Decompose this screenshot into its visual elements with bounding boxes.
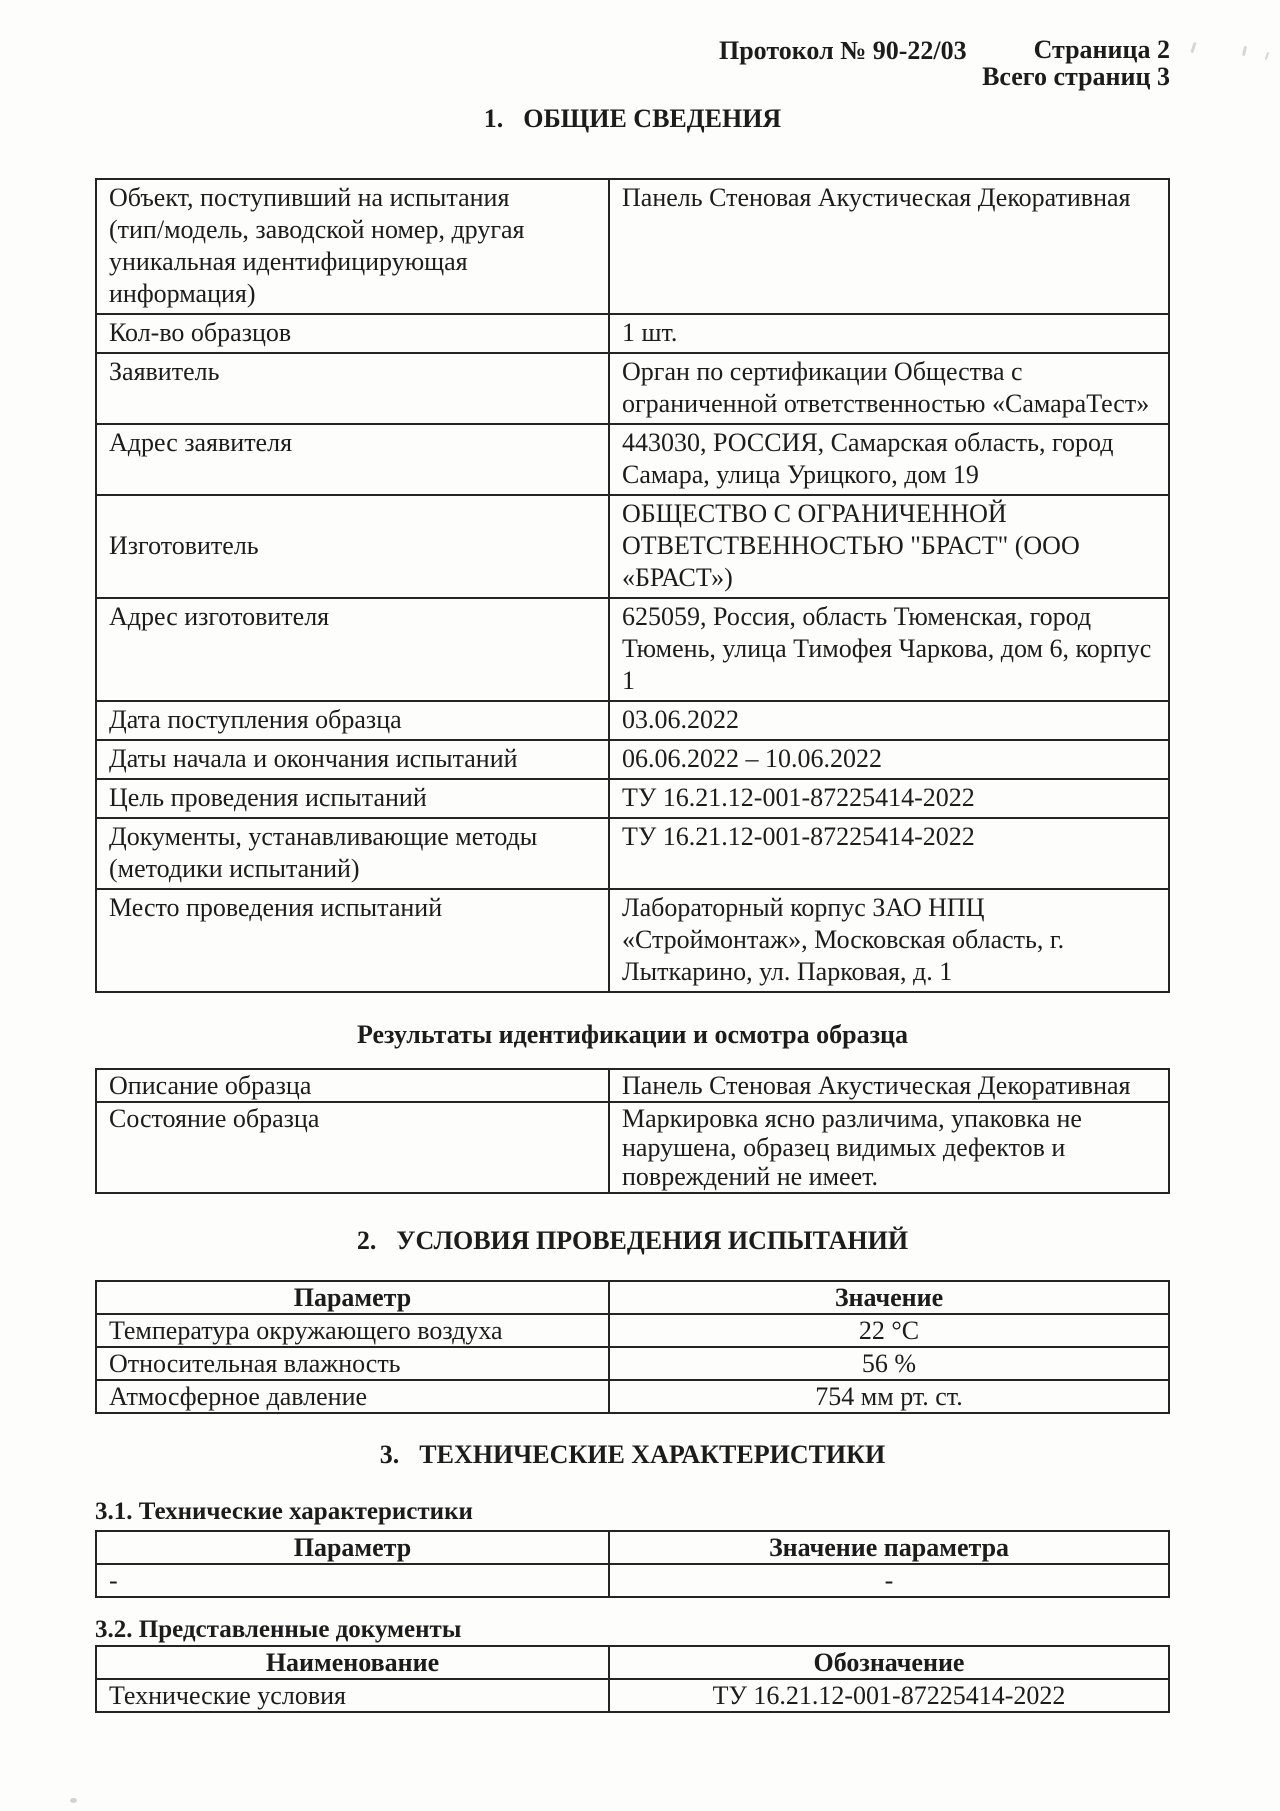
identification-table: Описание образца Панель Стеновая Акустич… [95, 1068, 1170, 1194]
row-value: ТУ 16.21.12-001-87225414-2022 [609, 818, 1169, 889]
column-header-value: Значение [609, 1281, 1169, 1314]
table-header-row: Параметр Значение [96, 1281, 1169, 1314]
column-header-designation: Обозначение [609, 1646, 1169, 1679]
row-label: Состояние образца [96, 1102, 609, 1193]
document-designation-cell: ТУ 16.21.12-001-87225414-2022 [609, 1679, 1169, 1712]
table-row: Относительная влажность 56 % [96, 1347, 1169, 1380]
row-value: Маркировка ясно различима, упаковка не н… [609, 1102, 1169, 1193]
section-1-title: 1.ОБЩИЕ СВЕДЕНИЯ [95, 104, 1170, 134]
scan-artifact [1190, 42, 1196, 53]
total-pages: Всего страниц 3 [930, 63, 1170, 90]
row-value: ТУ 16.21.12-001-87225414-2022 [609, 779, 1169, 818]
table-row: Атмосферное давление 754 мм рт. ст. [96, 1380, 1169, 1413]
parameter-cell: Атмосферное давление [96, 1380, 609, 1413]
row-label: Адрес изготовителя [96, 598, 609, 701]
section-2-title-text: УСЛОВИЯ ПРОВЕДЕНИЯ ИСПЫТАНИЙ [396, 1226, 908, 1255]
general-info-table: Объект, поступивший на испытания (тип/мо… [95, 178, 1170, 993]
table-row: Технические условия ТУ 16.21.12-001-8722… [96, 1679, 1169, 1712]
row-label: Цель проведения испытаний [96, 779, 609, 818]
scan-artifact [1265, 52, 1270, 60]
column-header-parameter: Параметр [96, 1281, 609, 1314]
table-row: Кол-во образцов 1 шт. [96, 314, 1169, 353]
row-value: Панель Стеновая Акустическая Декоративна… [609, 1069, 1169, 1102]
subsection-3-2-title: 3.2. Представленные документы [95, 1616, 461, 1644]
section-3-title-text: ТЕХНИЧЕСКИЕ ХАРАКТЕРИСТИКИ [419, 1440, 885, 1469]
table-row: Заявитель Орган по сертификации Общества… [96, 353, 1169, 424]
table-row: Адрес изготовителя 625059, Россия, облас… [96, 598, 1169, 701]
table-row: Изготовитель ОБЩЕСТВО С ОГРАНИЧЕННОЙ ОТВ… [96, 495, 1169, 598]
column-header-parameter-value: Значение параметра [609, 1531, 1169, 1564]
row-value: 1 шт. [609, 314, 1169, 353]
parameter-cell: Температура окружающего воздуха [96, 1314, 609, 1347]
row-label: Описание образца [96, 1069, 609, 1102]
row-label: Документы, устанавливающие методы (метод… [96, 818, 609, 889]
row-label: Кол-во образцов [96, 314, 609, 353]
table-row: Документы, устанавливающие методы (метод… [96, 818, 1169, 889]
section-2-title: 2.УСЛОВИЯ ПРОВЕДЕНИЯ ИСПЫТАНИЙ [95, 1226, 1170, 1256]
row-label: Объект, поступивший на испытания (тип/мо… [96, 179, 609, 314]
value-cell: - [609, 1564, 1169, 1597]
row-value: 443030, РОССИЯ, Самарская область, город… [609, 424, 1169, 495]
value-cell: 22 °С [609, 1314, 1169, 1347]
column-header-parameter: Параметр [96, 1531, 609, 1564]
row-value: Орган по сертификации Общества с огранич… [609, 353, 1169, 424]
section-1-number: 1. [484, 104, 504, 134]
section-2-number: 2. [357, 1226, 377, 1256]
page-info: Страница 2 Всего страниц 3 [930, 36, 1170, 90]
row-label: Изготовитель [96, 495, 609, 598]
row-value: Панель Стеновая Акустическая Декоративна… [609, 179, 1169, 314]
value-cell: 56 % [609, 1347, 1169, 1380]
table-row: Даты начала и окончания испытаний 06.06.… [96, 740, 1169, 779]
table-row: Цель проведения испытаний ТУ 16.21.12-00… [96, 779, 1169, 818]
parameter-cell: Относительная влажность [96, 1347, 609, 1380]
row-value: Лабораторный корпус ЗАО НПЦ «Строймонтаж… [609, 889, 1169, 992]
document-name-cell: Технические условия [96, 1679, 609, 1712]
scanned-protocol-page: { "header": { "protocol": "Протокол № 90… [0, 0, 1280, 1811]
column-header-name: Наименование [96, 1646, 609, 1679]
identification-results-heading: Результаты идентификации и осмотра образ… [95, 1020, 1170, 1050]
row-value: 03.06.2022 [609, 701, 1169, 740]
table-row: Место проведения испытаний Лабораторный … [96, 889, 1169, 992]
page-number: Страница 2 [930, 36, 1170, 63]
table-header-row: Параметр Значение параметра [96, 1531, 1169, 1564]
table-header-row: Наименование Обозначение [96, 1646, 1169, 1679]
table-row: Температура окружающего воздуха 22 °С [96, 1314, 1169, 1347]
table-row: Дата поступления образца 03.06.2022 [96, 701, 1169, 740]
table-row: Состояние образца Маркировка ясно различ… [96, 1102, 1169, 1193]
row-label: Даты начала и окончания испытаний [96, 740, 609, 779]
value-cell: 754 мм рт. ст. [609, 1380, 1169, 1413]
row-label: Заявитель [96, 353, 609, 424]
row-label: Адрес заявителя [96, 424, 609, 495]
subsection-3-1-title: 3.1. Технические характеристики [95, 1498, 473, 1526]
row-value: 625059, Россия, область Тюменская, город… [609, 598, 1169, 701]
section-1-title-text: ОБЩИЕ СВЕДЕНИЯ [523, 104, 781, 133]
row-value: ОБЩЕСТВО С ОГРАНИЧЕННОЙ ОТВЕТСТВЕННОСТЬЮ… [609, 495, 1169, 598]
test-conditions-table: Параметр Значение Температура окружающег… [95, 1280, 1170, 1414]
table-row: Адрес заявителя 443030, РОССИЯ, Самарска… [96, 424, 1169, 495]
scan-artifact [1242, 46, 1247, 56]
parameter-cell: - [96, 1564, 609, 1597]
section-3-title: 3.ТЕХНИЧЕСКИЕ ХАРАКТЕРИСТИКИ [95, 1440, 1170, 1470]
scan-artifact [70, 1798, 77, 1803]
row-value: 06.06.2022 – 10.06.2022 [609, 740, 1169, 779]
submitted-documents-table: Наименование Обозначение Технические усл… [95, 1645, 1170, 1713]
row-label: Место проведения испытаний [96, 889, 609, 992]
table-row: - - [96, 1564, 1169, 1597]
row-label: Дата поступления образца [96, 701, 609, 740]
technical-characteristics-table: Параметр Значение параметра - - [95, 1530, 1170, 1598]
table-row: Описание образца Панель Стеновая Акустич… [96, 1069, 1169, 1102]
table-row: Объект, поступивший на испытания (тип/мо… [96, 179, 1169, 314]
section-3-number: 3. [380, 1440, 400, 1470]
